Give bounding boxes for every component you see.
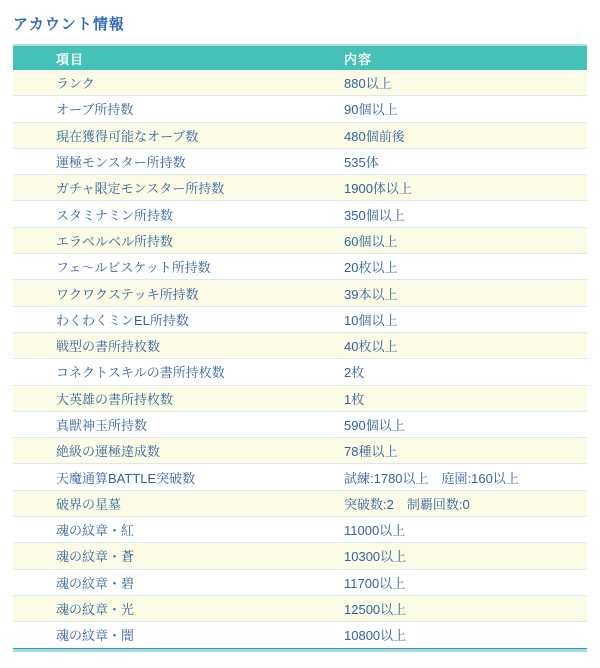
column-header-item: 項目 [13,45,301,70]
table-row: 絶級の運極達成数78種以上 [13,438,587,464]
row-item-label: オーブ所持数 [13,96,301,122]
row-value: 480個前後 [301,122,587,148]
page-title: アカウント情報 [0,0,600,44]
row-item-label: 天魔通算BATTLE突破数 [13,464,301,490]
row-value: 39本以上 [301,280,587,306]
row-item-label: スタミナミン所持数 [13,201,301,227]
row-item-label: ガチャ限定モンスター所持数 [13,175,301,201]
row-item-label: 現在獲得可能なオーブ数 [13,122,301,148]
column-header-content: 内容 [301,45,587,70]
table-header-row: 項目 内容 [13,45,587,70]
table-bottom-border [13,648,587,652]
row-item-label: 戦型の書所持枚数 [13,332,301,358]
row-item-label: 運極モンスター所持数 [13,148,301,174]
row-item-label: ワクワクステッキ所持数 [13,280,301,306]
table-row: フェ〜ルビスケット所持数20枚以上 [13,254,587,280]
row-value: 60個以上 [301,227,587,253]
table-row: 魂の紋章・闇10800以上 [13,622,587,648]
row-value: 78種以上 [301,438,587,464]
table-row: エラベルベル所持数60個以上 [13,227,587,253]
row-value: 1900体以上 [301,175,587,201]
row-value: 突破数:2 制覇回数:0 [301,490,587,516]
table-body: ランク880以上オーブ所持数90個以上現在獲得可能なオーブ数480個前後運極モン… [13,70,587,648]
row-value: 20枚以上 [301,254,587,280]
row-item-label: コネクトスキルの書所持枚数 [13,359,301,385]
row-value: 11000以上 [301,517,587,543]
row-value: 90個以上 [301,96,587,122]
table-header: 項目 内容 [13,45,587,70]
row-item-label: 破界の星墓 [13,490,301,516]
table-row: 戦型の書所持枚数40枚以上 [13,332,587,358]
row-value: 535体 [301,148,587,174]
row-value: 880以上 [301,70,587,96]
account-info-table: 項目 内容 ランク880以上オーブ所持数90個以上現在獲得可能なオーブ数480個… [13,44,587,648]
table-row: 破界の星墓突破数:2 制覇回数:0 [13,490,587,516]
row-value: 10個以上 [301,306,587,332]
row-item-label: 魂の紋章・闇 [13,622,301,648]
row-item-label: 魂の紋章・紅 [13,517,301,543]
table-row: ワクワクステッキ所持数39本以上 [13,280,587,306]
row-item-label: フェ〜ルビスケット所持数 [13,254,301,280]
table-row: 真獣神玉所持数590個以上 [13,411,587,437]
table-row: 運極モンスター所持数535体 [13,148,587,174]
row-item-label: わくわくミンEL所持数 [13,306,301,332]
table-row: 魂の紋章・紅11000以上 [13,517,587,543]
row-item-label: 真獣神玉所持数 [13,411,301,437]
table-row: 魂の紋章・蒼10300以上 [13,543,587,569]
table-row: コネクトスキルの書所持枚数2枚 [13,359,587,385]
account-info-page: アカウント情報 項目 内容 ランク880以上オーブ所持数90個以上現在獲得可能な… [0,0,600,668]
row-item-label: 魂の紋章・碧 [13,569,301,595]
row-value: 1枚 [301,385,587,411]
row-value: 10800以上 [301,622,587,648]
table-row: 魂の紋章・碧11700以上 [13,569,587,595]
table-row: オーブ所持数90個以上 [13,96,587,122]
row-item-label: 魂の紋章・蒼 [13,543,301,569]
table-row: スタミナミン所持数350個以上 [13,201,587,227]
row-value: 10300以上 [301,543,587,569]
row-value: 試練:1780以上 庭園:160以上 [301,464,587,490]
row-value: 590個以上 [301,411,587,437]
row-item-label: エラベルベル所持数 [13,227,301,253]
table-row: 現在獲得可能なオーブ数480個前後 [13,122,587,148]
table-row: 魂の紋章・光12500以上 [13,595,587,621]
row-value: 350個以上 [301,201,587,227]
row-item-label: 絶級の運極達成数 [13,438,301,464]
row-value: 11700以上 [301,569,587,595]
row-item-label: 大英雄の書所持枚数 [13,385,301,411]
table-row: 天魔通算BATTLE突破数試練:1780以上 庭園:160以上 [13,464,587,490]
row-value: 40枚以上 [301,332,587,358]
row-item-label: ランク [13,70,301,96]
table-row: ガチャ限定モンスター所持数1900体以上 [13,175,587,201]
row-item-label: 魂の紋章・光 [13,595,301,621]
row-value: 2枚 [301,359,587,385]
table-row: わくわくミンEL所持数10個以上 [13,306,587,332]
table-row: ランク880以上 [13,70,587,96]
row-value: 12500以上 [301,595,587,621]
table-row: 大英雄の書所持枚数1枚 [13,385,587,411]
